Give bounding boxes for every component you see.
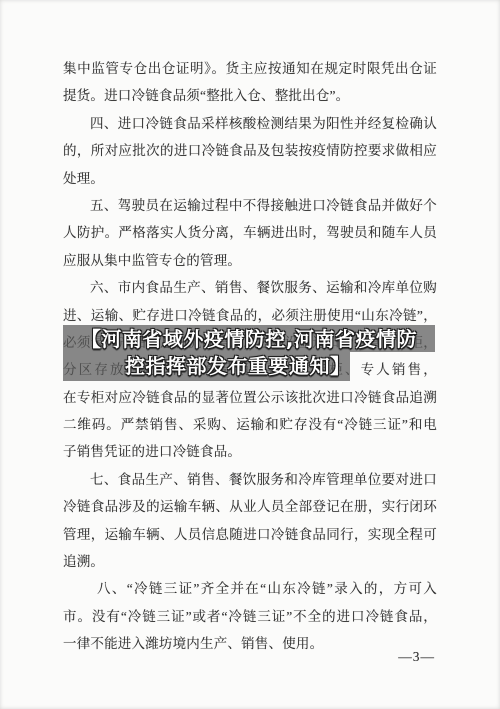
document-line: 市。没有“冷链三证”或者“冷链三证”不全的进口冷链食品，: [63, 603, 437, 630]
document-line: 追溯。: [63, 548, 437, 575]
document-line: 六、市内食品生产、销售、餐饮服务、运输和冷库单位购: [63, 274, 437, 301]
document-page: 集中监管专仓出仓证明》。货主应按通知在规定时限凭出仓证明提货。进口冷链食品须“整…: [0, 0, 500, 709]
document-line: 五、驾驶员在运输过程中不得接触进口冷链食品并做好个: [63, 192, 437, 219]
document-line: 管理，运输车辆、人员信息随进口冷链食品同行，实现全程可: [63, 521, 437, 548]
document-line: 七、食品生产、销售、餐饮服务和冷库管理单位要对进口: [63, 466, 437, 493]
document-line: 八、“冷链三证”齐全并在“山东冷链”录入的，方可入: [63, 575, 437, 602]
document-line: 四、进口冷链食品采样核酸检测结果为阳性并经复检确认: [63, 110, 437, 137]
document-line: 冷链食品涉及的运输车辆、从业人员全部登记在册，实行闭环: [63, 493, 437, 520]
document-line: 提货。进口冷链食品须“整批入仓、整批出仓”。: [63, 82, 437, 109]
document-line: 的，所对应批次的进口冷链食品及包装按疫情防控要求做相应: [63, 137, 437, 164]
document-line: 应服从集中监管专仓的管理。: [63, 247, 437, 274]
page-number: —3—: [398, 649, 435, 665]
caption-text-line2: 控指挥部发布重要通知】: [125, 353, 351, 379]
document-line: 一律不能进入潍坊境内生产、销售、使用。: [63, 630, 437, 657]
document-line: 人防护。严格落实人货分离，车辆进出时，驾驶员和随车人员: [63, 219, 437, 246]
document-line: 集中监管专仓出仓证明》。货主应按通知在规定时限凭出仓证明: [63, 55, 437, 82]
document-line: 处理。: [63, 165, 437, 192]
document-line: 子销售凭证的进口冷链食品。: [63, 438, 437, 465]
document-line: 在专柜对应冷链食品的显著位置公示该批次进口冷链食品追溯: [63, 384, 437, 411]
caption-text-line1: 【河南省域外疫情防控,河南省疫情防: [63, 326, 435, 352]
document-line: 二维码。严禁销售、采购、运输和贮存没有“冷链三证”和电: [63, 411, 437, 438]
